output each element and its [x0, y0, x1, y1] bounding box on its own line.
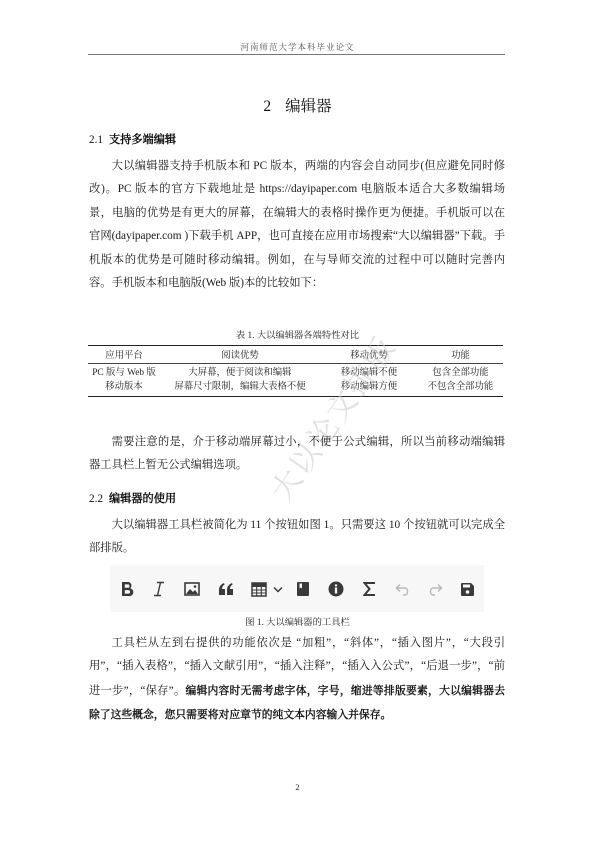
table-row: PC 版与 Web 版 大屏幕，便于阅读和编辑 移动编辑不便 包含全部功能: [88, 364, 503, 381]
table-icon: [249, 579, 269, 599]
sigma-icon: [359, 579, 379, 599]
bold-icon: [117, 579, 137, 599]
section-title-text: 支持多端编辑: [109, 133, 176, 146]
table-cell: 包含全部功能: [418, 364, 503, 381]
table-cell: PC 版与 Web 版: [88, 364, 160, 381]
italic-icon: [149, 579, 169, 599]
table-caption: 表 1. 大以编辑器各端特性对比: [0, 327, 595, 341]
table-header-row: 应用平台 阅读优势 移动优势 功能: [88, 346, 503, 364]
table-cell: 移动版本: [88, 380, 160, 397]
section-title-2-2: 2.2编辑器的使用: [89, 490, 176, 506]
section-title-2-1: 2.1支持多端编辑: [89, 131, 176, 147]
table-header-cell: 应用平台: [88, 346, 160, 364]
paragraph-mobile-note: 需要注意的是，介于移动端屏幕过小，不便于公式编辑，所以当前移动端编辑器工具栏上暂…: [89, 431, 505, 478]
figure-caption: 图 1. 大以编辑器的工具栏: [0, 614, 595, 628]
section-number: 2.1: [89, 134, 103, 146]
table-cell: 大屏幕，便于阅读和编辑: [160, 364, 320, 381]
chapter-number: 2: [263, 98, 271, 115]
table-header-cell: 功能: [418, 346, 503, 364]
chevron-down-icon: [272, 579, 284, 599]
table-header-cell: 阅读优势: [160, 346, 320, 364]
table-header-cell: 移动优势: [320, 346, 418, 364]
page-number: 2: [0, 782, 595, 792]
running-header: 河南师范大学本科毕业论文: [0, 41, 595, 53]
table-cell: 屏幕尺寸限制，编辑大表格不便: [160, 380, 320, 397]
editor-toolbar-figure: [110, 565, 484, 612]
table-cell: 移动编辑方便: [320, 380, 418, 397]
book-icon: [293, 579, 313, 599]
section-number: 2.2: [89, 493, 103, 505]
table-cell: 不包含全部功能: [418, 380, 503, 397]
comparison-table: 应用平台 阅读优势 移动优势 功能 PC 版与 Web 版 大屏幕，便于阅读和编…: [88, 345, 503, 397]
section-title-text: 编辑器的使用: [109, 492, 176, 505]
quote-icon: [216, 579, 236, 599]
save-icon: [457, 579, 477, 599]
header-rule: [88, 54, 505, 55]
paragraph-toolbar-functions: 工具栏从左到右提供的功能依次是 “加粗”，“斜体”，“插入图片”，“大段引用”，…: [89, 632, 505, 728]
info-icon: [326, 579, 346, 599]
chapter-title-text: 编辑器: [285, 98, 332, 115]
table-cell: 移动编辑不便: [320, 364, 418, 381]
image-icon: [182, 579, 202, 599]
paragraph-toolbar-intro: 大以编辑器工具栏被简化为 11 个按钮如图 1。只需要这 10 个按钮就可以完成…: [89, 514, 505, 561]
table-row: 移动版本 屏幕尺寸限制，编辑大表格不便 移动编辑方便 不包含全部功能: [88, 380, 503, 397]
chapter-title: 2编辑器: [0, 94, 595, 116]
undo-icon: [393, 579, 413, 599]
paragraph-intro: 大以编辑器支持手机版本和 PC 版本，两端的内容会自动同步(但应避免同时修改)。…: [89, 155, 505, 295]
redo-icon: [425, 579, 445, 599]
